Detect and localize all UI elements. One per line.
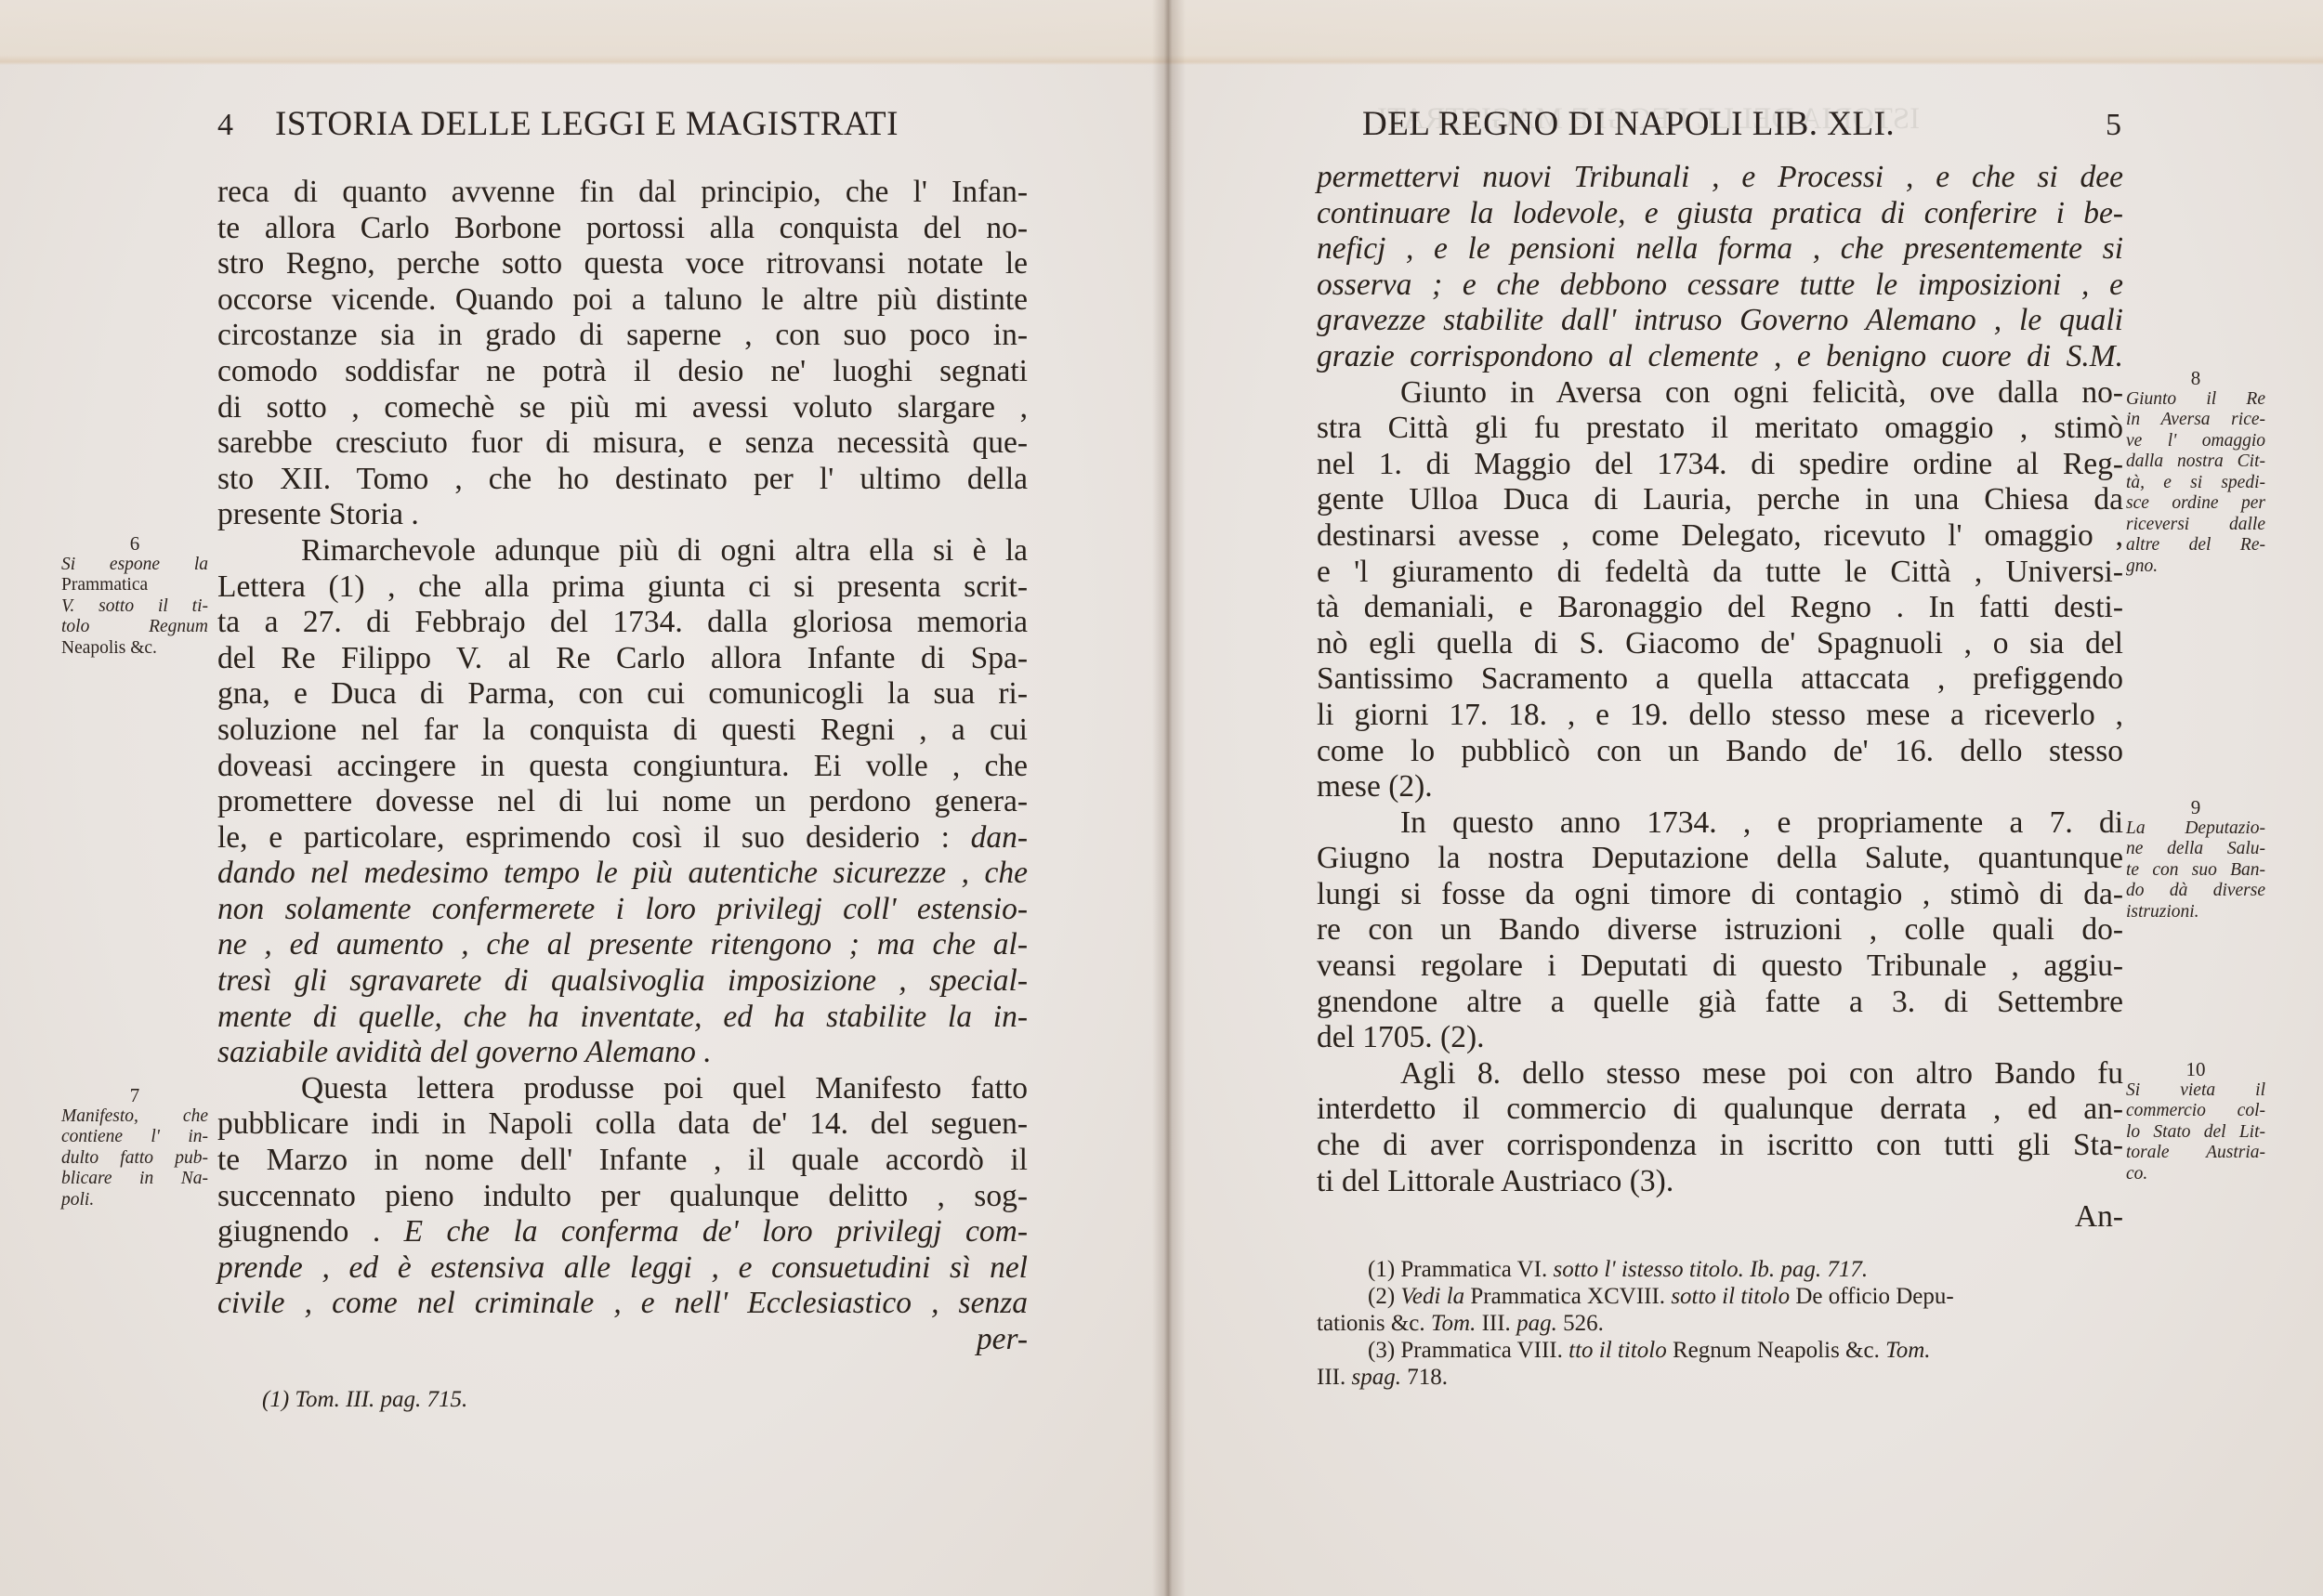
italic-line: continuare la lodevole, e giusta pratica… (1317, 196, 2123, 232)
text-line: occorse vicende. Quando poi a taluno le … (217, 282, 1028, 319)
text-line: stro Regno, perche sotto questa voce rit… (217, 246, 1028, 282)
catchword: per- (217, 1322, 1028, 1358)
text-line: interdetto il commercio di qualunque der… (1317, 1092, 2123, 1128)
margin-note-6: 6 Si espone la Prammatica V. sotto il ti… (61, 533, 208, 659)
italic-line: saziabile avidità del governo Alemano . (217, 1035, 1028, 1071)
text-line: tà demaniali, e Baronaggio del Regno . I… (1317, 590, 2123, 626)
running-header-left: ISTORIA DELLE LEGGI E MAGISTRATI (275, 104, 899, 144)
page-number-right: 5 (2106, 108, 2121, 143)
right-footnotes: (1) Prammatica VI. sotto l' istesso tito… (1317, 1256, 2123, 1391)
margin-note-line: commercio col- (2126, 1101, 2265, 1122)
margin-note-line: te con suo Ban- (2126, 860, 2265, 882)
text-line: Questa lettera produsse poi quel Manifes… (217, 1071, 1028, 1107)
footnote-text: III. (1482, 1311, 1511, 1336)
text-line: doveasi accingere in questa congiuntura.… (217, 749, 1028, 785)
footnote-text: tationis &c. (1317, 1311, 1425, 1336)
margin-note-line: istruzioni. (2126, 902, 2265, 923)
book-spread: 4 ISTORIA DELLE LEGGI E MAGISTRATI reca … (0, 0, 2323, 1596)
text-line: mese (2). (1317, 769, 2123, 805)
footnote: (1) Tom. III. pag. 715. (262, 1386, 467, 1413)
margin-note-number: 7 (61, 1085, 208, 1106)
text-line: re con un Bando diverse istruzioni , col… (1317, 912, 2123, 948)
text-run: giugnendo . (217, 1214, 380, 1249)
left-body-text: reca di quanto avvenne fin dal principio… (217, 175, 1028, 1358)
footnote: (2) Vedi la Prammatica XCVIII. sotto il … (1317, 1283, 2123, 1310)
margin-note-line: do dà diverse (2126, 881, 2265, 902)
margin-note-line: tolo Regnum (61, 617, 208, 638)
text-line: Agli 8. dello stesso mese poi con altro … (1317, 1056, 2123, 1092)
text-line: soluzione nel far la conquista di questi… (217, 713, 1028, 749)
text-line: gente Ulloa Duca di Lauria, perche in un… (1317, 482, 2123, 518)
margin-note-number: 9 (2126, 797, 2265, 818)
italic-line: neficj , e le pensioni nella forma , che… (1317, 231, 2123, 268)
text-line: succennato pieno indulto per qualunque d… (217, 1179, 1028, 1215)
footnote-text: tto il titolo (1568, 1338, 1667, 1363)
margin-note-line: lo Stato del Lit- (2126, 1122, 2265, 1144)
margin-note-8: 8 Giunto il Re in Aversa rice- ve l' oma… (2126, 368, 2265, 577)
text-line: gnendone altre a quelle già fatte a 3. d… (1317, 985, 2123, 1021)
text-line: te allora Carlo Borbone portossi alla co… (217, 211, 1028, 247)
margin-note-line: ne della Salu- (2126, 839, 2265, 860)
margin-note-line: Si espone la (61, 555, 208, 576)
water-stain (0, 0, 1163, 65)
footnote: (1) Prammatica VI. sotto l' istesso tito… (1317, 1256, 2123, 1283)
margin-note-line: blicare in Na- (61, 1169, 208, 1190)
text-line: Lettera (1) , che alla prima giunta ci s… (217, 569, 1028, 606)
left-page: 4 ISTORIA DELLE LEGGI E MAGISTRATI reca … (0, 0, 1163, 1596)
margin-note-number: 6 (61, 533, 208, 555)
footnote-text: Vedi la (1400, 1284, 1464, 1309)
text-line: del Re Filippo V. al Re Carlo allora Inf… (217, 641, 1028, 677)
italic-line: prende , ed è estensiva alle leggi , e c… (217, 1250, 1028, 1287)
text-line: li giorni 17. 18. , e 19. dello stesso m… (1317, 698, 2123, 734)
text-line: promettere dovesse nel di lui nome un pe… (217, 784, 1028, 820)
text-line: presente Storia . (217, 497, 1028, 533)
margin-note-line: V. sotto il ti- (61, 596, 208, 618)
text-line: come lo pubblicò con un Bando de' 16. de… (1317, 734, 2123, 770)
italic-line: tresì gli sgravarete di qualsivoglia imp… (217, 963, 1028, 1000)
margin-note-line: Prammatica (61, 575, 208, 596)
italic-line: ne , ed aumento , che al presente riteng… (217, 927, 1028, 963)
footnote-marker: (3) (1368, 1338, 1395, 1363)
italic-run: dan- (971, 820, 1028, 855)
footnote-marker: (1) (1368, 1257, 1395, 1282)
margin-note-10: 10 Si vieta il commercio col- lo Stato d… (2126, 1059, 2265, 1184)
margin-note-line: dalla nostra Cit- (2126, 451, 2265, 473)
text-line: e 'l giuramento di fedeltà da tutte le C… (1317, 555, 2123, 591)
footnote-text: pag. (1516, 1311, 1557, 1336)
italic-run: E che la conferma de' loro privilegj com… (404, 1214, 1028, 1249)
footnote-text: Regnum Neapolis &c. (1673, 1338, 1880, 1363)
footnote-text: Tom. (1431, 1311, 1476, 1336)
margin-note-line: ve l' omaggio (2126, 431, 2265, 452)
italic-line: gravezze stabilite dall' intruso Governo… (1317, 303, 2123, 339)
margin-note-line: co. (2126, 1164, 2265, 1185)
water-stain (1163, 0, 2323, 65)
italic-line: osserva ; e che debbono cessare tutte le… (1317, 268, 2123, 304)
margin-note-line: tà, e si spedi- (2126, 473, 2265, 494)
margin-note-number: 10 (2126, 1059, 2265, 1080)
text-line: lungi si fosse da ogni timore di contagi… (1317, 877, 2123, 913)
right-body-text: permettervi nuovi Tribunali , e Processi… (1317, 160, 2123, 1236)
footnote-text: Prammatica VI. (1400, 1257, 1547, 1282)
margin-note-line: Giunto il Re (2126, 389, 2265, 411)
right-page: ISTORIA DELLE LEGGI E MAGISTRATI DEL REG… (1163, 0, 2323, 1596)
footnote-marker: (2) (1368, 1284, 1395, 1309)
running-header-right: DEL REGNO DI NAPOLI LIB. XLI. (1362, 104, 1895, 144)
footnote-continuation: tationis &c. Tom. III. pag. 526. (1317, 1310, 2123, 1337)
footnote-text: Tom. (1885, 1338, 1930, 1363)
text-line: nel 1. di Maggio del 1734. di spedire or… (1317, 447, 2123, 483)
italic-line: civile , come nel criminale , e nell' Ec… (217, 1286, 1028, 1322)
book-gutter (1152, 0, 1186, 1596)
footnote: (3) Prammatica VIII. tto il titolo Regnu… (1317, 1337, 2123, 1364)
text-line: giugnendo . E che la conferma de' loro p… (217, 1214, 1028, 1250)
italic-line: permettervi nuovi Tribunali , e Processi… (1317, 160, 2123, 196)
page-number-left: 4 (217, 108, 233, 143)
margin-note-number: 8 (2126, 368, 2265, 389)
margin-note-line: torale Austria- (2126, 1143, 2265, 1164)
text-line: stra Città gli fu prestato il meritato o… (1317, 411, 2123, 447)
italic-line: non solamente confermerete i loro privil… (217, 892, 1028, 928)
footnote-text: sotto l' istesso titolo. Ib. pag. 717. (1553, 1257, 1868, 1282)
text-run: le, e particolare, esprimendo così il su… (217, 820, 950, 855)
text-line: circostanze sia in grado di saperne , co… (217, 318, 1028, 354)
catchword: An- (1317, 1199, 2123, 1236)
margin-note-line: sce ordine per (2126, 493, 2265, 515)
text-line: In questo anno 1734. , e propriamente a … (1317, 805, 2123, 842)
margin-note-line: altre del Re- (2126, 535, 2265, 556)
text-line: comodo soddisfar ne potrà il desio ne' l… (217, 354, 1028, 390)
text-line: gna, e Duca di Parma, con cui comunicogl… (217, 676, 1028, 713)
text-line: Giugno la nostra Deputazione della Salut… (1317, 841, 2123, 877)
text-line: sto XII. Tomo , che ho destinato per l' … (217, 462, 1028, 498)
margin-note-line: Manifesto, che (61, 1106, 208, 1128)
footnote-text: Prammatica XCVIII. (1470, 1284, 1665, 1309)
margin-note-line: dulto fatto pub- (61, 1148, 208, 1170)
footnote-text: spag. (1351, 1365, 1400, 1390)
text-line: le, e particolare, esprimendo così il su… (217, 820, 1028, 857)
margin-note-line: riceversi dalle (2126, 515, 2265, 536)
footnote-text: III. (1317, 1365, 1345, 1390)
margin-note-7: 7 Manifesto, che contiene l' in- dulto f… (61, 1085, 208, 1210)
text-line: di sotto , comechè se più mi avessi volu… (217, 390, 1028, 426)
footnote-text: 526. (1563, 1311, 1604, 1336)
text-line: che di aver corrispondenza in iscritto c… (1317, 1128, 2123, 1164)
text-line: ti del Littorale Austriaco (3). (1317, 1164, 2123, 1200)
margin-note-line: La Deputazio- (2126, 818, 2265, 840)
footnote-continuation: III. spag. 718. (1317, 1364, 2123, 1391)
margin-note-line: gno. (2126, 556, 2265, 578)
margin-note-line: in Aversa rice- (2126, 410, 2265, 431)
margin-note-line: poli. (61, 1190, 208, 1211)
italic-line: dando nel medesimo tempo le più autentic… (217, 856, 1028, 892)
text-line: ta a 27. di Febbrajo del 1734. dalla glo… (217, 605, 1028, 641)
text-line: destinarsi avesse , come Delegato, ricev… (1317, 518, 2123, 555)
italic-line: mente di quelle, che ha inventate, ed ha… (217, 1000, 1028, 1036)
footnote-text: De officio Depu- (1795, 1284, 1953, 1309)
text-line: reca di quanto avvenne fin dal principio… (217, 175, 1028, 211)
text-line: sarebbe cresciuto fuor di misura, e senz… (217, 425, 1028, 462)
text-line: Santissimo Sacramento a quella attaccata… (1317, 661, 2123, 698)
text-line: pubblicare indi in Napoli colla data de'… (217, 1106, 1028, 1143)
text-line: te Marzo in nome dell' Infante , il qual… (217, 1143, 1028, 1179)
italic-line: grazie corrispondono al clemente , e ben… (1317, 339, 2123, 375)
margin-note-line: Si vieta il (2126, 1080, 2265, 1102)
margin-note-9: 9 La Deputazio- ne della Salu- te con su… (2126, 797, 2265, 922)
footnote-text: 718. (1407, 1365, 1448, 1390)
footnote-text: sotto il titolo (1671, 1284, 1790, 1309)
text-line: del 1705. (2). (1317, 1020, 2123, 1056)
text-line: Giunto in Aversa con ogni felicità, ove … (1317, 375, 2123, 412)
footnote-text: Prammatica VIII. (1400, 1338, 1562, 1363)
margin-note-line: Neapolis &c. (61, 638, 208, 660)
text-line: Rimarchevole adunque più di ogni altra e… (217, 533, 1028, 569)
text-line: nò egli quella di S. Giacomo de' Spagnuo… (1317, 626, 2123, 662)
left-footnotes: (1) Tom. III. pag. 715. (262, 1386, 467, 1413)
text-line: veansi regolare i Deputati di questo Tri… (1317, 948, 2123, 985)
margin-note-line: contiene l' in- (61, 1127, 208, 1148)
